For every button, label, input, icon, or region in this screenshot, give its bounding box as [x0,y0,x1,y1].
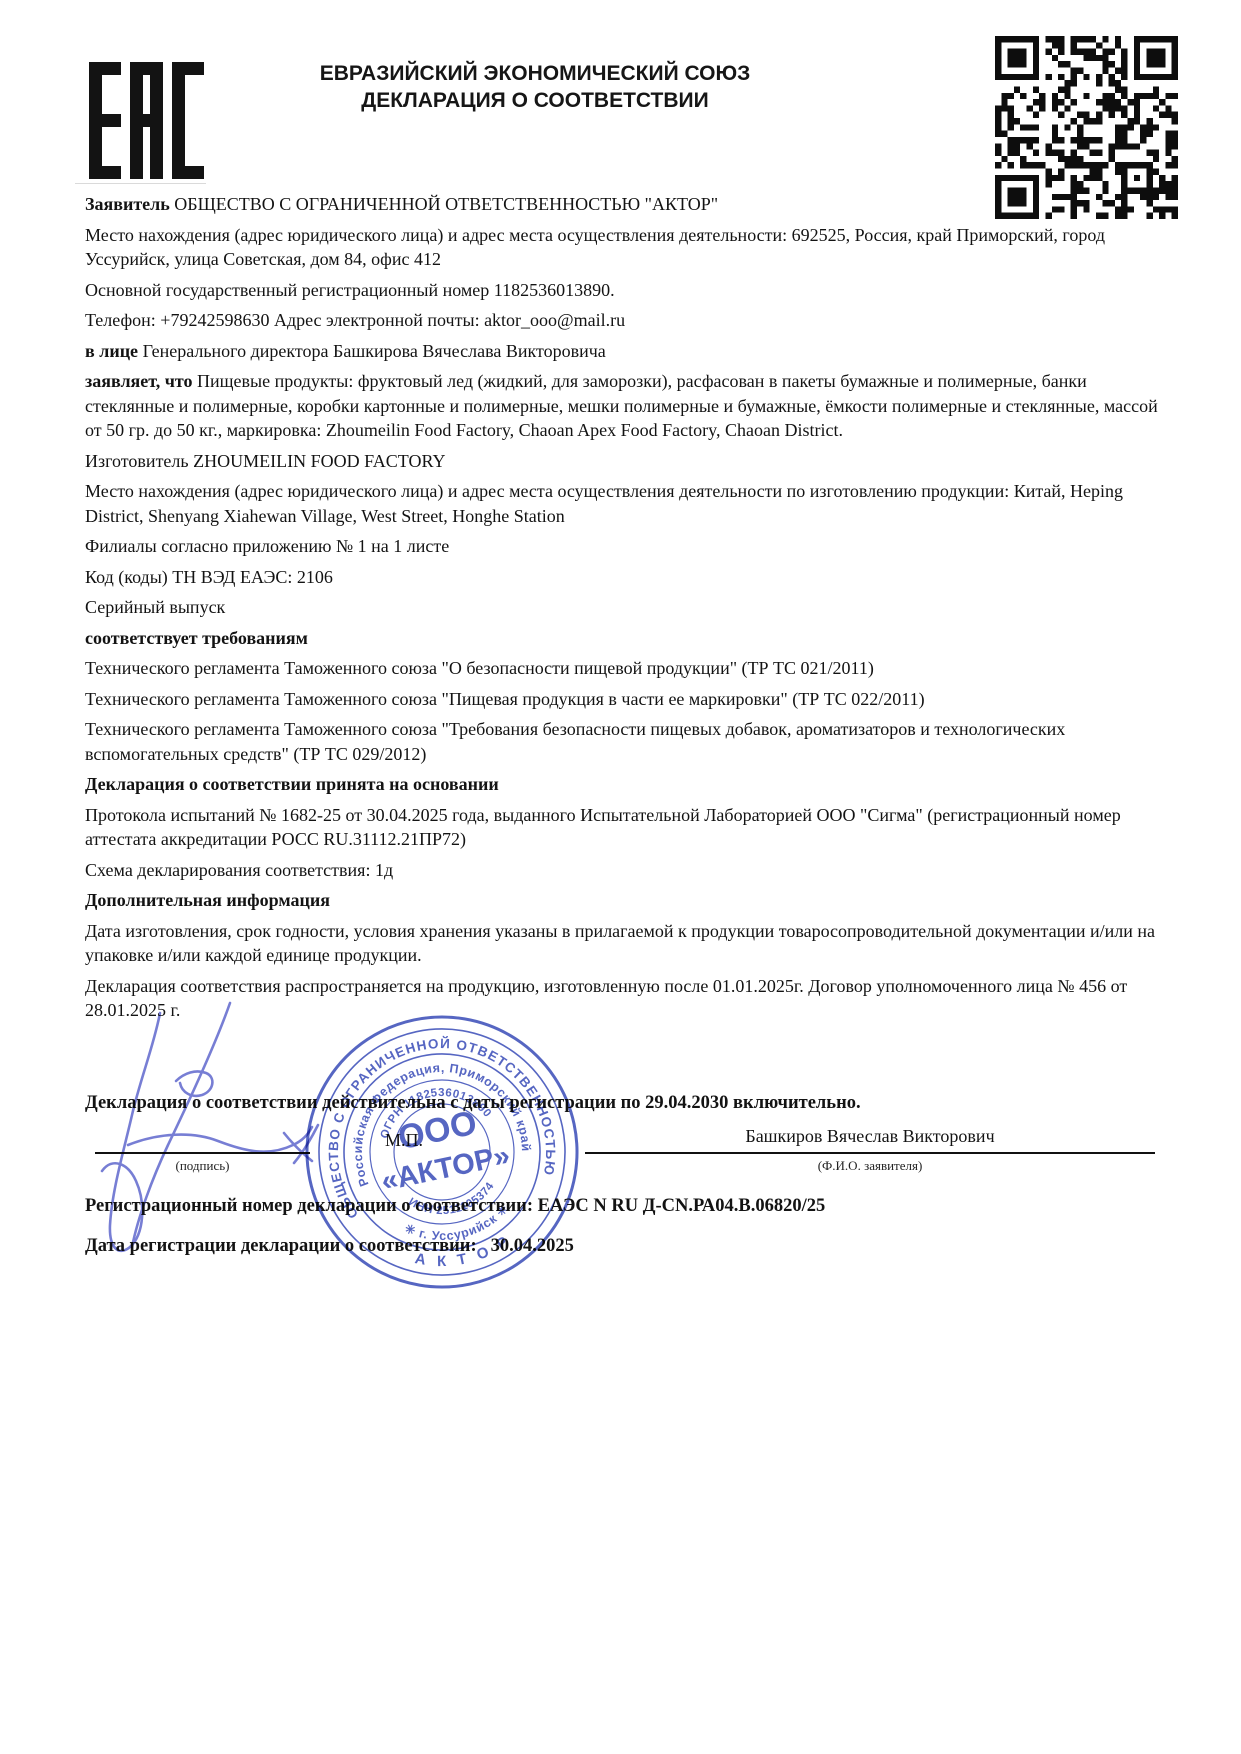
paragraph: Протокола испытаний № 1682-25 от 30.04.2… [85,803,1163,852]
paragraph-lead: Декларация о соответствии принята на осн… [85,774,499,794]
paragraph: Дополнительная информация [85,888,1163,913]
paragraph: соответствует требованиям [85,626,1163,651]
paragraph: Дата изготовления, срок годности, услови… [85,919,1163,968]
handwritten-signature [88,985,358,1285]
paragraph: Технического регламента Таможенного союз… [85,687,1163,712]
paragraph-lead: Заявитель [85,194,170,214]
logo-underline [75,183,206,184]
paragraph: в лице Генерального директора Башкирова … [85,339,1163,364]
declaration-document: ЕВРАЗИЙСКИЙ ЭКОНОМИЧЕСКИЙ СОЮЗ ДЕКЛАРАЦИ… [0,0,1241,1754]
paragraph: Код (коды) ТН ВЭД ЕАЭС: 2106 [85,565,1163,590]
paragraph: Заявитель ОБЩЕСТВО С ОГРАНИЧЕННОЙ ОТВЕТС… [85,192,1163,217]
paragraph: Серийный выпуск [85,595,1163,620]
paragraph: Технического регламента Таможенного союз… [85,656,1163,681]
paragraph-lead: заявляет, что [85,371,193,391]
paragraph: Изготовитель ZHOUMEILIN FOOD FACTORY [85,449,1163,474]
paragraph: заявляет, что Пищевые продукты: фруктовы… [85,369,1163,443]
document-body: Заявитель ОБЩЕСТВО С ОГРАНИЧЕННОЙ ОТВЕТС… [85,192,1163,1029]
fio-line [585,1152,1155,1154]
title-line-union: ЕВРАЗИЙСКИЙ ЭКОНОМИЧЕСКИЙ СОЮЗ [85,60,985,87]
paragraph: Схема декларирования соответствия: 1д [85,858,1163,883]
paragraph: Место нахождения (адрес юридического лиц… [85,479,1163,528]
paragraph: Декларация о соответствии принята на осн… [85,772,1163,797]
paragraph: Место нахождения (адрес юридического лиц… [85,223,1163,272]
paragraph-lead: в лице [85,341,138,361]
paragraph: Филиалы согласно приложению № 1 на 1 лис… [85,534,1163,559]
paragraph: Телефон: +79242598630 Адрес электронной … [85,308,1163,333]
fio-caption: (Ф.И.О. заявителя) [585,1158,1155,1174]
document-title: ЕВРАЗИЙСКИЙ ЭКОНОМИЧЕСКИЙ СОЮЗ ДЕКЛАРАЦИ… [85,60,985,114]
paragraph-lead: Дополнительная информация [85,890,330,910]
paragraph-lead: соответствует требованиям [85,628,308,648]
paragraph: Основной государственный регистрационный… [85,278,1163,303]
applicant-name: Башкиров Вячеслав Викторович [585,1126,1155,1147]
title-line-declaration: ДЕКЛАРАЦИЯ О СООТВЕТСТВИИ [85,87,985,114]
paragraph: Технического регламента Таможенного союз… [85,717,1163,766]
